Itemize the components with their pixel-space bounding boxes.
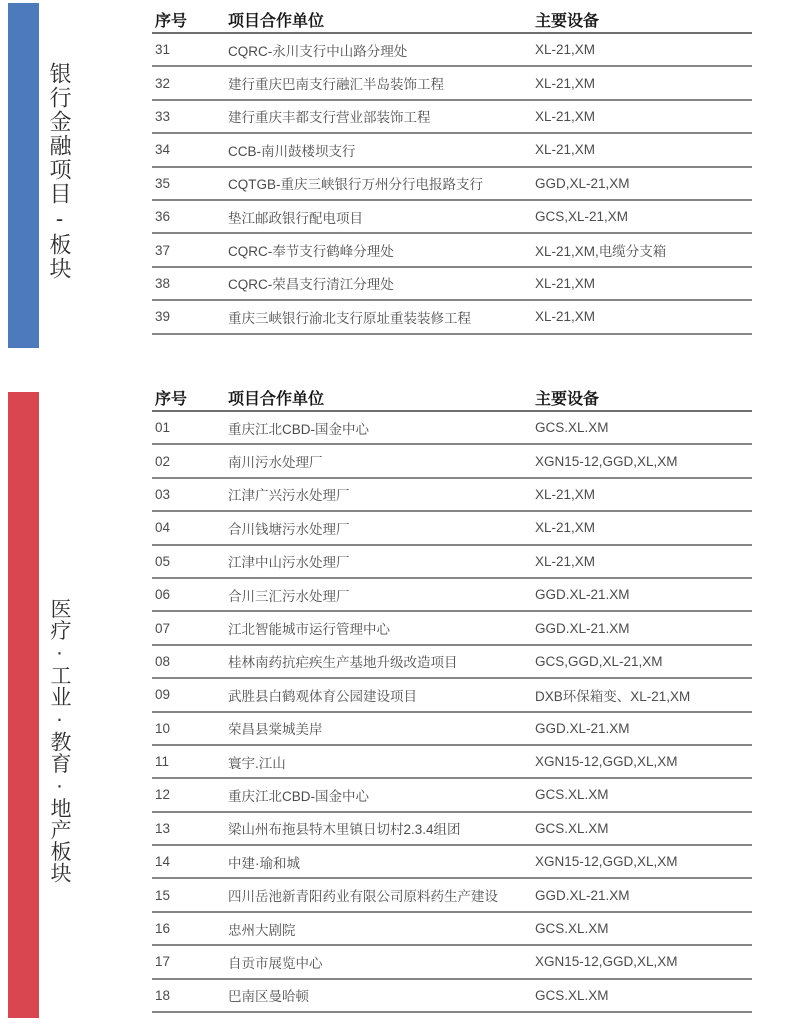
row-equipment: XL-21,XM (535, 309, 752, 324)
table-row: 31CQRC-永川支行中山路分理处XL-21,XM (152, 34, 752, 67)
row-equipment: GGD.XL-21.XM (535, 621, 752, 636)
row-serial-number: 11 (152, 754, 228, 769)
table-row: 35CQTGB-重庆三峡银行万州分行电报路支行GGD,XL-21,XM (152, 168, 752, 201)
row-serial-number: 14 (152, 854, 228, 869)
row-project-name: 合川三汇污水处理厂 (228, 585, 535, 605)
table-row: 18巴南区曼哈顿GCS.XL.XM (152, 980, 752, 1013)
row-equipment: XL-21,XM (535, 487, 752, 502)
row-serial-number: 04 (152, 520, 228, 535)
table-row: 14中建·瑜和城XGN15-12,GGD,XL,XM (152, 846, 752, 879)
row-serial-number: 09 (152, 687, 228, 702)
row-serial-number: 39 (152, 309, 228, 324)
row-project-name: 寰宇.江山 (228, 752, 535, 772)
row-project-name: 江津广兴污水处理厂 (228, 484, 535, 504)
table-row: 11寰宇.江山XGN15-12,GGD,XL,XM (152, 746, 752, 779)
row-project-name: 江津中山污水处理厂 (228, 551, 535, 571)
row-serial-number: 34 (152, 142, 228, 157)
row-equipment: GGD.XL-21.XM (535, 888, 752, 903)
table-row: 36垫江邮政银行配电项目GCS,XL-21,XM (152, 201, 752, 234)
row-serial-number: 32 (152, 76, 228, 91)
row-equipment: XGN15-12,GGD,XL,XM (535, 454, 752, 469)
row-equipment: GCS,XL-21,XM (535, 209, 752, 224)
row-serial-number: 13 (152, 821, 228, 836)
row-equipment: XL-21,XM (535, 142, 752, 157)
row-equipment: GGD.XL-21.XM (535, 721, 752, 736)
row-project-name: 桂林南药抗疟疾生产基地升级改造项目 (228, 651, 535, 671)
table-row: 10荣昌县棠城美岸GGD.XL-21.XM (152, 713, 752, 746)
row-project-name: 梁山州布拖县特木里镇日切村2.3.4组团 (228, 818, 535, 838)
table-header-row: 序号 项目合作单位 主要设备 (152, 6, 752, 34)
header-project-partner: 项目合作单位 (228, 386, 535, 409)
row-equipment: DXB环保箱变、XL-21,XM (535, 685, 752, 705)
row-serial-number: 35 (152, 176, 228, 191)
row-project-name: CCB-南川鼓楼坝支行 (228, 140, 535, 160)
row-serial-number: 38 (152, 276, 228, 291)
row-serial-number: 31 (152, 42, 228, 57)
row-project-name: 四川岳池新青阳药业有限公司原料药生产建设 (228, 885, 535, 905)
row-equipment: XL-21,XM,电缆分支箱 (535, 240, 752, 260)
row-equipment: GCS.XL.XM (535, 420, 752, 435)
table-row: 34CCB-南川鼓楼坝支行XL-21,XM (152, 134, 752, 167)
industry-section-accent-bar (8, 392, 39, 1018)
row-project-name: 江北智能城市运行管理中心 (228, 618, 535, 638)
table-row: 01重庆江北CBD-国金中心GCS.XL.XM (152, 412, 752, 445)
row-serial-number: 17 (152, 954, 228, 969)
bank-section-accent-bar (8, 3, 39, 348)
row-serial-number: 10 (152, 721, 228, 736)
industry-projects-table: 序号 项目合作单位 主要设备 01重庆江北CBD-国金中心GCS.XL.XM02… (152, 384, 752, 1013)
table-row: 32建行重庆巴南支行融汇半岛装饰工程XL-21,XM (152, 67, 752, 100)
table-row: 03江津广兴污水处理厂XL-21,XM (152, 479, 752, 512)
row-equipment: GCS,GGD,XL-21,XM (535, 654, 752, 669)
table-row: 39重庆三峡银行渝北支行原址重装装修工程XL-21,XM (152, 301, 752, 334)
bank-projects-table: 序号 项目合作单位 主要设备 31CQRC-永川支行中山路分理处XL-21,XM… (152, 6, 752, 335)
row-equipment: XL-21,XM (535, 109, 752, 124)
row-serial-number: 16 (152, 921, 228, 936)
bank-section-title: 银行金融项目-板块 (44, 62, 75, 281)
header-project-partner: 项目合作单位 (228, 8, 535, 31)
table-row: 15四川岳池新青阳药业有限公司原料药生产建设GGD.XL-21.XM (152, 879, 752, 912)
row-project-name: 自贡市展览中心 (228, 952, 535, 972)
row-serial-number: 06 (152, 587, 228, 602)
row-equipment: XL-21,XM (535, 276, 752, 291)
row-equipment: XGN15-12,GGD,XL,XM (535, 954, 752, 969)
table-header-row: 序号 项目合作单位 主要设备 (152, 384, 752, 412)
row-project-name: 南川污水处理厂 (228, 451, 535, 471)
row-project-name: 忠州大剧院 (228, 919, 535, 939)
header-serial-number: 序号 (152, 386, 228, 409)
row-serial-number: 02 (152, 454, 228, 469)
table-body: 01重庆江北CBD-国金中心GCS.XL.XM02南川污水处理厂XGN15-12… (152, 412, 752, 1013)
table-row: 38CQRC-荣昌支行清江分理处XL-21,XM (152, 268, 752, 301)
row-equipment: XGN15-12,GGD,XL,XM (535, 754, 752, 769)
row-project-name: CQRC-永川支行中山路分理处 (228, 40, 535, 60)
row-serial-number: 12 (152, 787, 228, 802)
table-row: 09武胜县白鹤观体育公园建设项目DXB环保箱变、XL-21,XM (152, 679, 752, 712)
table-row: 08桂林南药抗疟疾生产基地升级改造项目GCS,GGD,XL-21,XM (152, 646, 752, 679)
table-row: 07江北智能城市运行管理中心GGD.XL-21.XM (152, 612, 752, 645)
row-equipment: GGD.XL-21.XM (535, 587, 752, 602)
table-row: 06合川三汇污水处理厂GGD.XL-21.XM (152, 579, 752, 612)
row-project-name: CQTGB-重庆三峡银行万州分行电报路支行 (228, 173, 535, 193)
table-row: 17自贡市展览中心XGN15-12,GGD,XL,XM (152, 946, 752, 979)
header-serial-number: 序号 (152, 8, 228, 31)
row-equipment: XL-21,XM (535, 520, 752, 535)
row-equipment: GCS.XL.XM (535, 787, 752, 802)
row-equipment: GCS.XL.XM (535, 921, 752, 936)
header-main-equipment: 主要设备 (535, 8, 752, 31)
row-equipment: GGD,XL-21,XM (535, 176, 752, 191)
row-equipment: XL-21,XM (535, 554, 752, 569)
row-project-name: 巴南区曼哈顿 (228, 985, 535, 1005)
row-project-name: CQRC-奉节支行鹤峰分理处 (228, 240, 535, 260)
project-catalog-page: 银行金融项目-板块 医疗·工业·教育·地产板块 序号 项目合作单位 主要设备 3… (0, 0, 800, 1035)
row-serial-number: 36 (152, 209, 228, 224)
row-serial-number: 07 (152, 621, 228, 636)
row-project-name: 重庆江北CBD-国金中心 (228, 418, 535, 438)
row-project-name: 荣昌县棠城美岸 (228, 718, 535, 738)
table-row: 37CQRC-奉节支行鹤峰分理处XL-21,XM,电缆分支箱 (152, 234, 752, 267)
table-row: 04合川钱塘污水处理厂XL-21,XM (152, 512, 752, 545)
header-main-equipment: 主要设备 (535, 386, 752, 409)
row-equipment: XL-21,XM (535, 76, 752, 91)
row-equipment: GCS.XL.XM (535, 821, 752, 836)
row-project-name: 垫江邮政银行配电项目 (228, 207, 535, 227)
table-row: 12重庆江北CBD-国金中心GCS.XL.XM (152, 779, 752, 812)
row-serial-number: 08 (152, 654, 228, 669)
row-project-name: 建行重庆丰都支行营业部装饰工程 (228, 106, 535, 126)
row-serial-number: 37 (152, 243, 228, 258)
table-row: 33建行重庆丰都支行营业部装饰工程XL-21,XM (152, 101, 752, 134)
row-project-name: 中建·瑜和城 (228, 852, 535, 872)
table-row: 13梁山州布拖县特木里镇日切村2.3.4组团GCS.XL.XM (152, 813, 752, 846)
row-project-name: 重庆江北CBD-国金中心 (228, 785, 535, 805)
table-row: 05江津中山污水处理厂XL-21,XM (152, 546, 752, 579)
row-project-name: 合川钱塘污水处理厂 (228, 518, 535, 538)
row-project-name: 武胜县白鹤观体育公园建设项目 (228, 685, 535, 705)
table-row: 02南川污水处理厂XGN15-12,GGD,XL,XM (152, 445, 752, 478)
row-project-name: CQRC-荣昌支行清江分理处 (228, 273, 535, 293)
row-equipment: XL-21,XM (535, 42, 752, 57)
row-serial-number: 33 (152, 109, 228, 124)
row-project-name: 重庆三峡银行渝北支行原址重装装修工程 (228, 307, 535, 327)
row-serial-number: 01 (152, 420, 228, 435)
row-serial-number: 03 (152, 487, 228, 502)
row-serial-number: 05 (152, 554, 228, 569)
row-equipment: GCS.XL.XM (535, 988, 752, 1003)
row-serial-number: 15 (152, 888, 228, 903)
row-equipment: XGN15-12,GGD,XL,XM (535, 854, 752, 869)
table-body: 31CQRC-永川支行中山路分理处XL-21,XM32建行重庆巴南支行融汇半岛装… (152, 34, 752, 335)
row-serial-number: 18 (152, 988, 228, 1003)
table-row: 16忠州大剧院GCS.XL.XM (152, 913, 752, 946)
row-project-name: 建行重庆巴南支行融汇半岛装饰工程 (228, 73, 535, 93)
industry-section-title: 医疗·工业·教育·地产板块 (44, 598, 74, 884)
